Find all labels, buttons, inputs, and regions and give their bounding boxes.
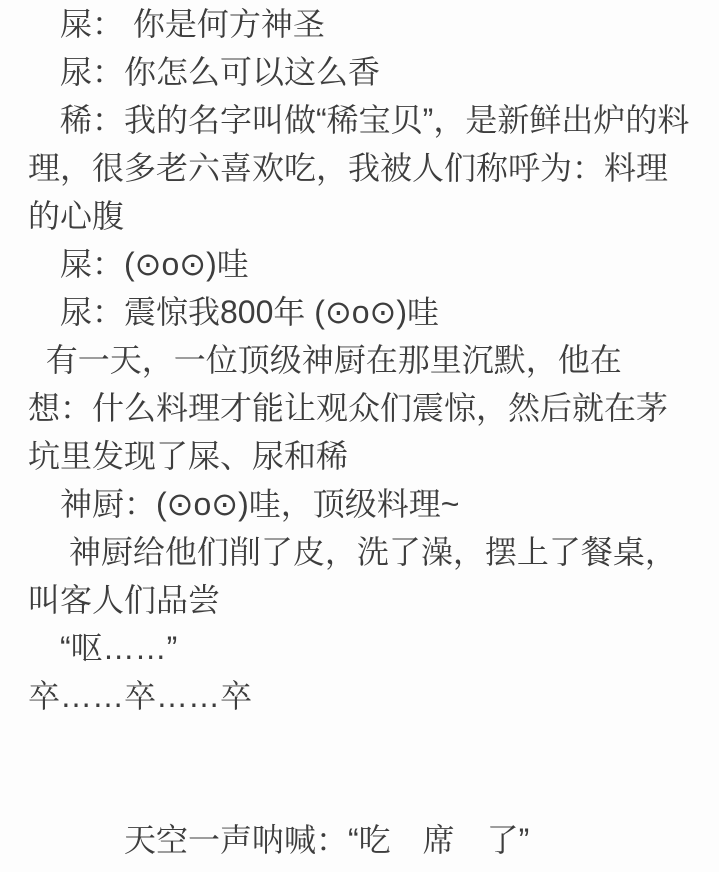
story-line: 屎： 你是何方神圣 <box>28 0 713 48</box>
story-line: 尿：震惊我800年 (⊙o⊙)哇 <box>28 288 713 336</box>
story-line-empty <box>28 720 713 768</box>
story-line: 卒……卒……卒 <box>28 672 713 720</box>
story-line: 理，很多老六喜欢吃，我被人们称呼为：料理 <box>28 144 713 192</box>
story-line: 的心腹 <box>28 192 713 240</box>
story-line: 神厨给他们削了皮，洗了澡，摆上了餐桌， <box>28 528 713 576</box>
story-line: 叫客人们品尝 <box>28 576 713 624</box>
story-page: 屎： 你是何方神圣 尿：你怎么可以这么香 稀：我的名字叫做“稀宝贝”，是新鲜出炉… <box>0 0 719 872</box>
story-line: “呕……” <box>28 624 713 672</box>
story-line: 稀：我的名字叫做“稀宝贝”，是新鲜出炉的料 <box>28 96 713 144</box>
story-line: 屎：(⊙o⊙)哇 <box>28 240 713 288</box>
story-line: 有一天，一位顶级神厨在那里沉默，他在 <box>28 336 713 384</box>
story-line: 神厨：(⊙o⊙)哇，顶级料理~ <box>28 480 713 528</box>
story-line: 想：什么料理才能让观众们震惊，然后就在茅 <box>28 384 713 432</box>
story-line-punchline: 天空一声呐喊：“吃 席 了” <box>28 816 713 864</box>
story-line: 尿：你怎么可以这么香 <box>28 48 713 96</box>
story-line-empty <box>28 768 713 816</box>
story-line: 坑里发现了屎、尿和稀 <box>28 432 713 480</box>
